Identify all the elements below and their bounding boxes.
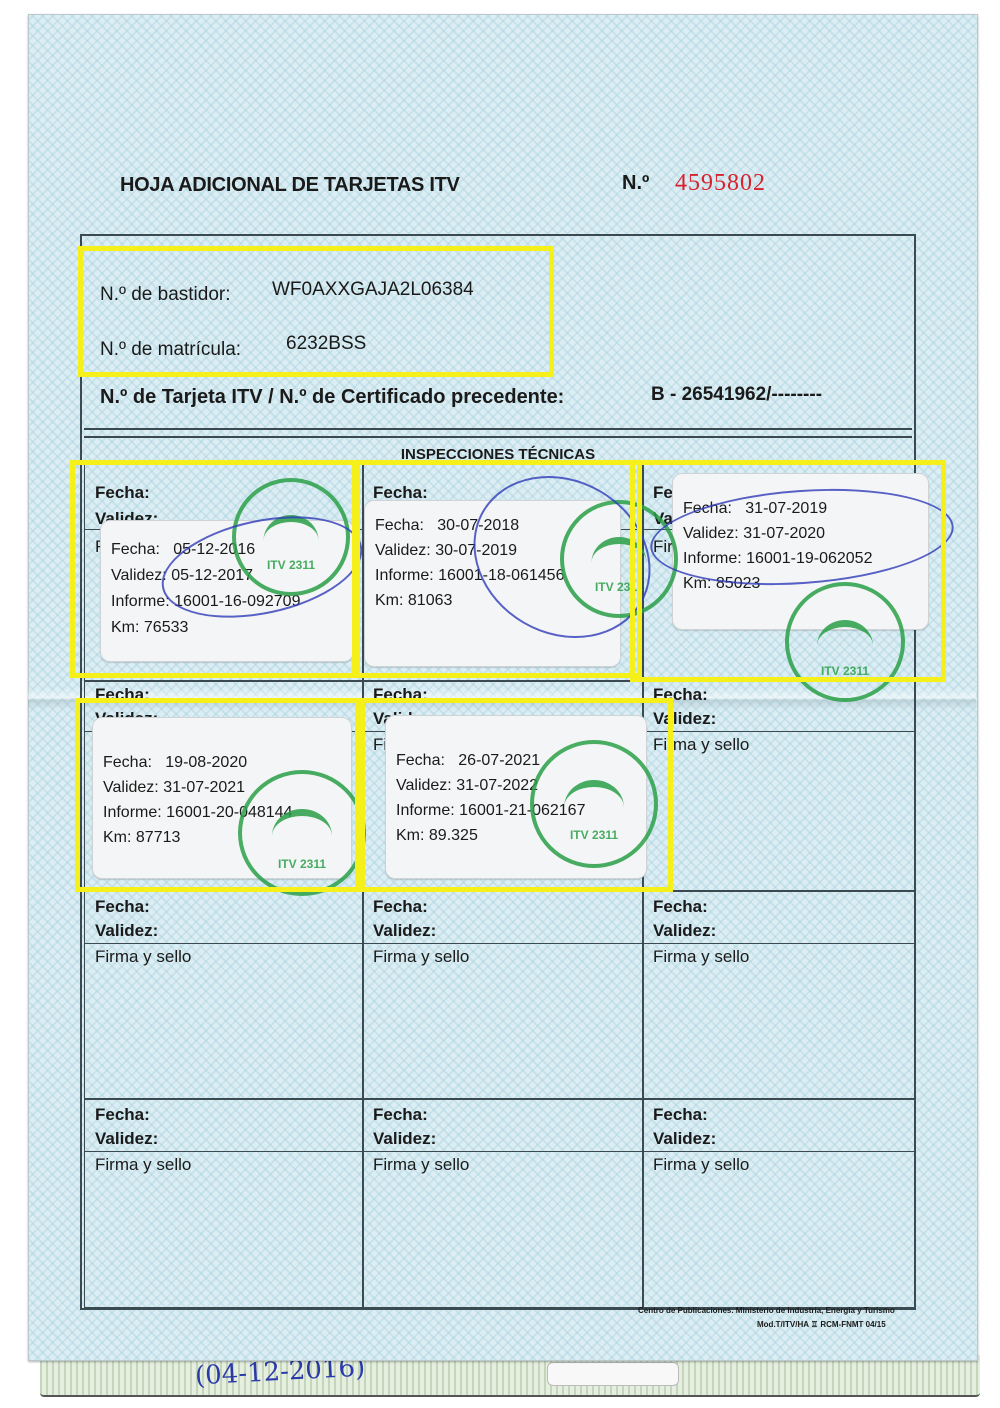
inspection-cell: Fecha:Validez:Firma y sello <box>84 890 364 1100</box>
inspection-cell: Fecha:Validez:Firma y sello <box>362 890 644 1100</box>
fecha-label: Fecha: <box>95 483 150 503</box>
informe-label: Informe: <box>103 804 162 821</box>
plate-label: N.º de matrícula: <box>100 339 241 361</box>
inspections-header: INSPECCIONES TÉCNICAS <box>84 436 912 464</box>
divider <box>363 943 643 944</box>
divider <box>643 1151 915 1152</box>
fecha-label: Fecha: <box>103 754 152 771</box>
fecha-label: Fecha: <box>373 1105 428 1125</box>
validez-label: Validez: <box>373 921 436 941</box>
official-stamp: ITV 2311 <box>785 582 905 702</box>
divider <box>643 731 915 732</box>
publisher-footer: Centro de Publicaciones. Ministerio de I… <box>638 1306 895 1315</box>
inspections-title: INSPECCIONES TÉCNICAS <box>84 446 912 463</box>
inspection-cell: Fecha:Validez:Firma y sello <box>362 1098 644 1308</box>
firma-label: Firma y sello <box>653 947 749 967</box>
firma-label: Firma y sello <box>653 1155 749 1175</box>
fecha-label: Fecha: <box>653 897 708 917</box>
validez-value: 31-07-2022 <box>456 777 538 794</box>
fecha-label: Fecha: <box>373 685 428 705</box>
divider <box>85 943 363 944</box>
model-footer: Mod.T/ITV/HA ♖ RCM-FNMT 04/15 <box>757 1320 886 1329</box>
km-value: 89.325 <box>429 827 478 844</box>
km-value: 81063 <box>408 592 453 609</box>
fecha-label: Fecha: <box>95 685 150 705</box>
official-stamp: ITV 2311 <box>238 770 366 896</box>
sticker-edge <box>547 1362 679 1386</box>
validez-label: Validez: <box>653 921 716 941</box>
firma-label: Firma y sello <box>95 1155 191 1175</box>
fecha-label: Fecha: <box>375 517 424 534</box>
inspection-cell: Fecha:Validez:Firma y sello <box>642 1098 916 1308</box>
validez-label: Validez: <box>95 921 158 941</box>
km-label: Km: <box>375 592 403 609</box>
validez-label: Validez: <box>375 542 431 559</box>
fecha-label: Fecha: <box>95 897 150 917</box>
km-label: Km: <box>103 829 131 846</box>
inspection-cell: Fecha:Validez:Firma y sello <box>642 890 916 1100</box>
fecha-label: Fecha: <box>373 897 428 917</box>
validez-label: Validez: <box>373 1129 436 1149</box>
validez-label: Validez: <box>653 1129 716 1149</box>
chassis-label: N.º de bastidor: <box>100 284 231 306</box>
validez-label: Validez: <box>653 709 716 729</box>
underlying-sheet <box>40 1355 980 1397</box>
plate-value: 6232BSS <box>286 333 366 355</box>
fecha-label: Fecha: <box>653 1105 708 1125</box>
divider <box>85 1151 363 1152</box>
informe-label: Informe: <box>396 802 455 819</box>
previous-card-value: B - 26541962/-------- <box>651 384 822 406</box>
km-label: Km: <box>111 619 139 636</box>
validez-label: Validez: <box>111 567 167 584</box>
chassis-value: WF0AXXGAJA2L06384 <box>272 279 474 301</box>
fecha-label: Fecha: <box>653 685 708 705</box>
document-title: HOJA ADICIONAL DE TARJETAS ITV <box>120 174 460 197</box>
firma-label: Firma y sello <box>373 947 469 967</box>
firma-label: Firma y sello <box>653 735 749 755</box>
informe-label: Informe: <box>375 567 434 584</box>
validez-label: Validez: <box>95 1129 158 1149</box>
validez-label: Validez: <box>103 779 159 796</box>
official-stamp: ITV 2311 <box>530 740 658 868</box>
fecha-label: Fecha: <box>396 752 445 769</box>
fecha-label: Fecha: <box>95 1105 150 1125</box>
serial-number: 4595802 <box>675 170 766 197</box>
km-value: 76533 <box>144 619 189 636</box>
km-value: 87713 <box>136 829 181 846</box>
inspection-cell: Fecha:Validez:Firma y sello <box>84 1098 364 1308</box>
validez-value: 31-07-2021 <box>163 779 245 796</box>
informe-label: Informe: <box>111 593 170 610</box>
divider <box>643 943 915 944</box>
fecha-label: Fecha: <box>111 541 160 558</box>
fecha-value: 26-07-2021 <box>458 752 540 769</box>
inspection-cell: Fecha:Validez:Firma y sello <box>642 680 916 892</box>
serial-label: N.º <box>622 172 649 195</box>
km-label: Km: <box>396 827 424 844</box>
divider <box>363 1151 643 1152</box>
fecha-value: 19-08-2020 <box>165 754 247 771</box>
firma-label: Firma y sello <box>373 1155 469 1175</box>
previous-card-label: N.º de Tarjeta ITV / N.º de Certificado … <box>100 386 564 409</box>
validez-label: Validez: <box>396 777 452 794</box>
firma-label: Firma y sello <box>95 947 191 967</box>
